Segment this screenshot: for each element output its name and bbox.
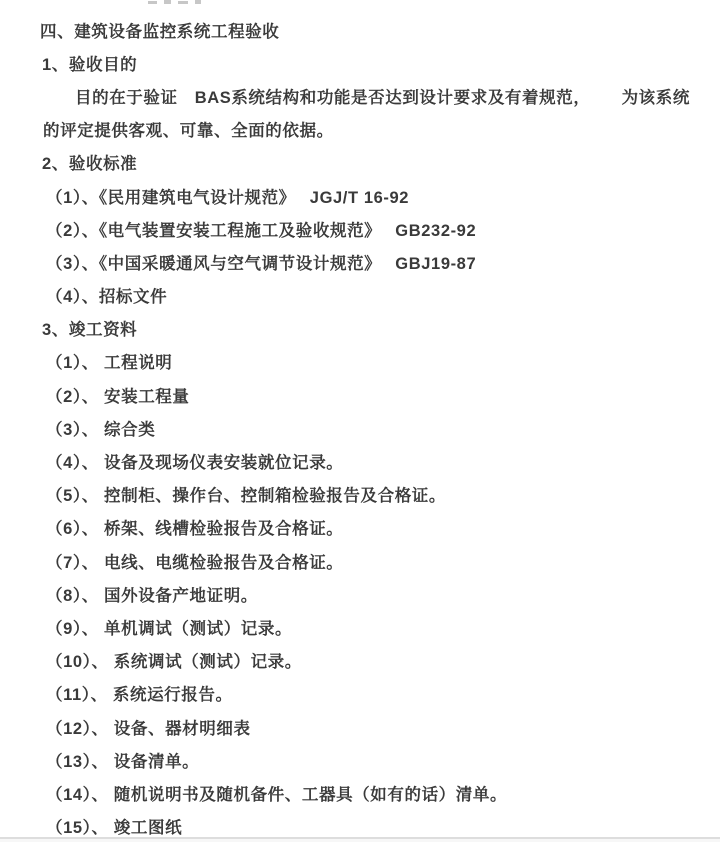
list-item: （3）、 综合类 xyxy=(0,411,720,444)
list-item: （9）、 单机调试（测试）记录。 xyxy=(0,610,720,643)
list-item: （1）、 工程说明 xyxy=(0,345,720,378)
list-item: （5）、 控制柜、操作台、控制箱检验报告及合格证。 xyxy=(0,478,720,511)
page-bottom-rule xyxy=(0,837,720,842)
list-item: （8）、 国外设备产地证明。 xyxy=(0,577,720,610)
clipped-text-fragment xyxy=(148,0,201,5)
document-body: 四、建筑设备监控系统工程验收 1、验收目的 目的在于验证 BAS系统结构和功能是… xyxy=(0,13,720,842)
list-item: （14）、 随机说明书及随机备件、工器具（如有的话）清单。 xyxy=(0,776,720,809)
list-item: （3）、《中国采暖通风与空气调节设计规范》 GBJ19-87 xyxy=(0,245,720,278)
list-item: （11）、 系统运行报告。 xyxy=(0,677,720,710)
paragraph-line: 目的在于验证 BAS系统结构和功能是否达到设计要求及有着规范， 为该系统 xyxy=(0,79,720,112)
subsection-heading-1: 1、验收目的 xyxy=(0,46,720,79)
document-page: 四、建筑设备监控系统工程验收 1、验收目的 目的在于验证 BAS系统结构和功能是… xyxy=(0,0,720,842)
paragraph-line: 的评定提供客观、可靠、全面的依据。 xyxy=(0,113,720,146)
list-item: （7）、 电线、电缆检验报告及合格证。 xyxy=(0,544,720,577)
list-item: （4）、招标文件 xyxy=(0,279,720,312)
section-heading: 四、建筑设备监控系统工程验收 xyxy=(0,13,720,46)
list-item: （6）、 桥架、线槽检验报告及合格证。 xyxy=(0,511,720,544)
list-item: （2）、《电气装置安装工程施工及验收规范》 GB232-92 xyxy=(0,212,720,245)
list-item: （2）、 安装工程量 xyxy=(0,378,720,411)
list-item: （12）、 设备、器材明细表 xyxy=(0,710,720,743)
subsection-heading-2: 2、验收标准 xyxy=(0,146,720,179)
list-item: （10）、 系统调试（测试）记录。 xyxy=(0,644,720,677)
list-item: （4）、 设备及现场仪表安装就位记录。 xyxy=(0,444,720,477)
subsection-heading-3: 3、竣工资料 xyxy=(0,312,720,345)
list-item: （1）、《民用建筑电气设计规范》 JGJ/T 16-92 xyxy=(0,179,720,212)
list-item: （13）、 设备清单。 xyxy=(0,743,720,776)
